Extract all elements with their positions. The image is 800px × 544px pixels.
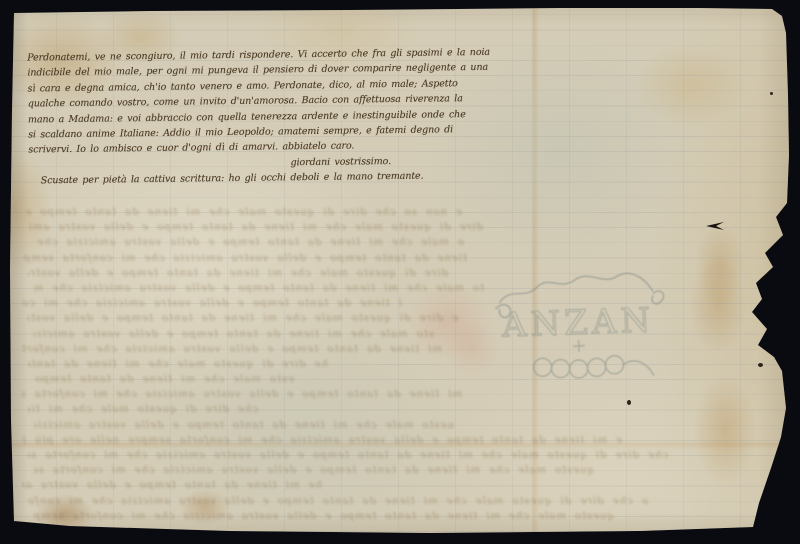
bleed-line: uesto male che mi tiene da tanto tempo e… (34, 418, 454, 433)
ink-speck (758, 363, 763, 367)
bleed-line: o che dire di questo male che mi tiene d… (28, 494, 648, 509)
scan-background: e non so che dire di questo male che mi … (0, 0, 800, 544)
bleed-line: e dire di questo male che mi tiene da ta… (28, 311, 458, 326)
bleed-line: esto male che mi tiene da tanto tempo e … (34, 372, 294, 387)
papermaker-watermark: ANZAN (484, 251, 674, 392)
bleed-line: tiene da tanto tempo e della vostra amic… (22, 251, 467, 266)
bleed-line: questo male che mi tiene da tanto tempo … (34, 463, 594, 478)
ink-blot-arrow-mark (703, 220, 725, 232)
bleed-line: sto male che mi tiene da tanto tempo e d… (34, 327, 434, 342)
bleed-line: he dire di questo male che mi tiene da t… (28, 357, 328, 372)
watermark-text: ANZAN (500, 300, 655, 345)
bleed-line: mi tiene da tanto tempo e della vostra a… (22, 342, 442, 357)
bleed-line: che dire di questo male che mi tiene da … (28, 448, 668, 463)
bleed-line: i tiene da tanto tempo e della vostra am… (22, 296, 402, 311)
bleed-line: he mi tiene da tanto tempo e della vostr… (22, 478, 322, 493)
bleed-line: e non so che dire di questo male che mi … (22, 205, 462, 220)
bleed-line: to male che mi tiene da tanto tempo e de… (34, 281, 484, 296)
bleed-line: dire di questo male che mi tiene da tant… (28, 266, 448, 281)
bleed-line: e mi tiene da tanto tempo e della vostra… (22, 433, 622, 448)
manuscript-page: e non so che dire di questo male che mi … (0, 0, 800, 544)
bleed-line: mi tiene da tanto tempo e della vostra a… (22, 387, 462, 402)
letter-text: Perdonatemi, ve ne scongiuro, il mio tar… (27, 46, 433, 189)
bleed-line: che dire di questo male che mi tiene da … (28, 402, 258, 417)
bleed-line: o male che mi tiene da tanto tempo e del… (34, 235, 464, 250)
bleed-line: dire di questo male che mi tiene da tant… (28, 220, 483, 235)
ink-speck (770, 92, 773, 95)
bleed-line: questo male che mi tiene da tanto tempo … (34, 509, 614, 524)
ink-speck (627, 400, 631, 405)
